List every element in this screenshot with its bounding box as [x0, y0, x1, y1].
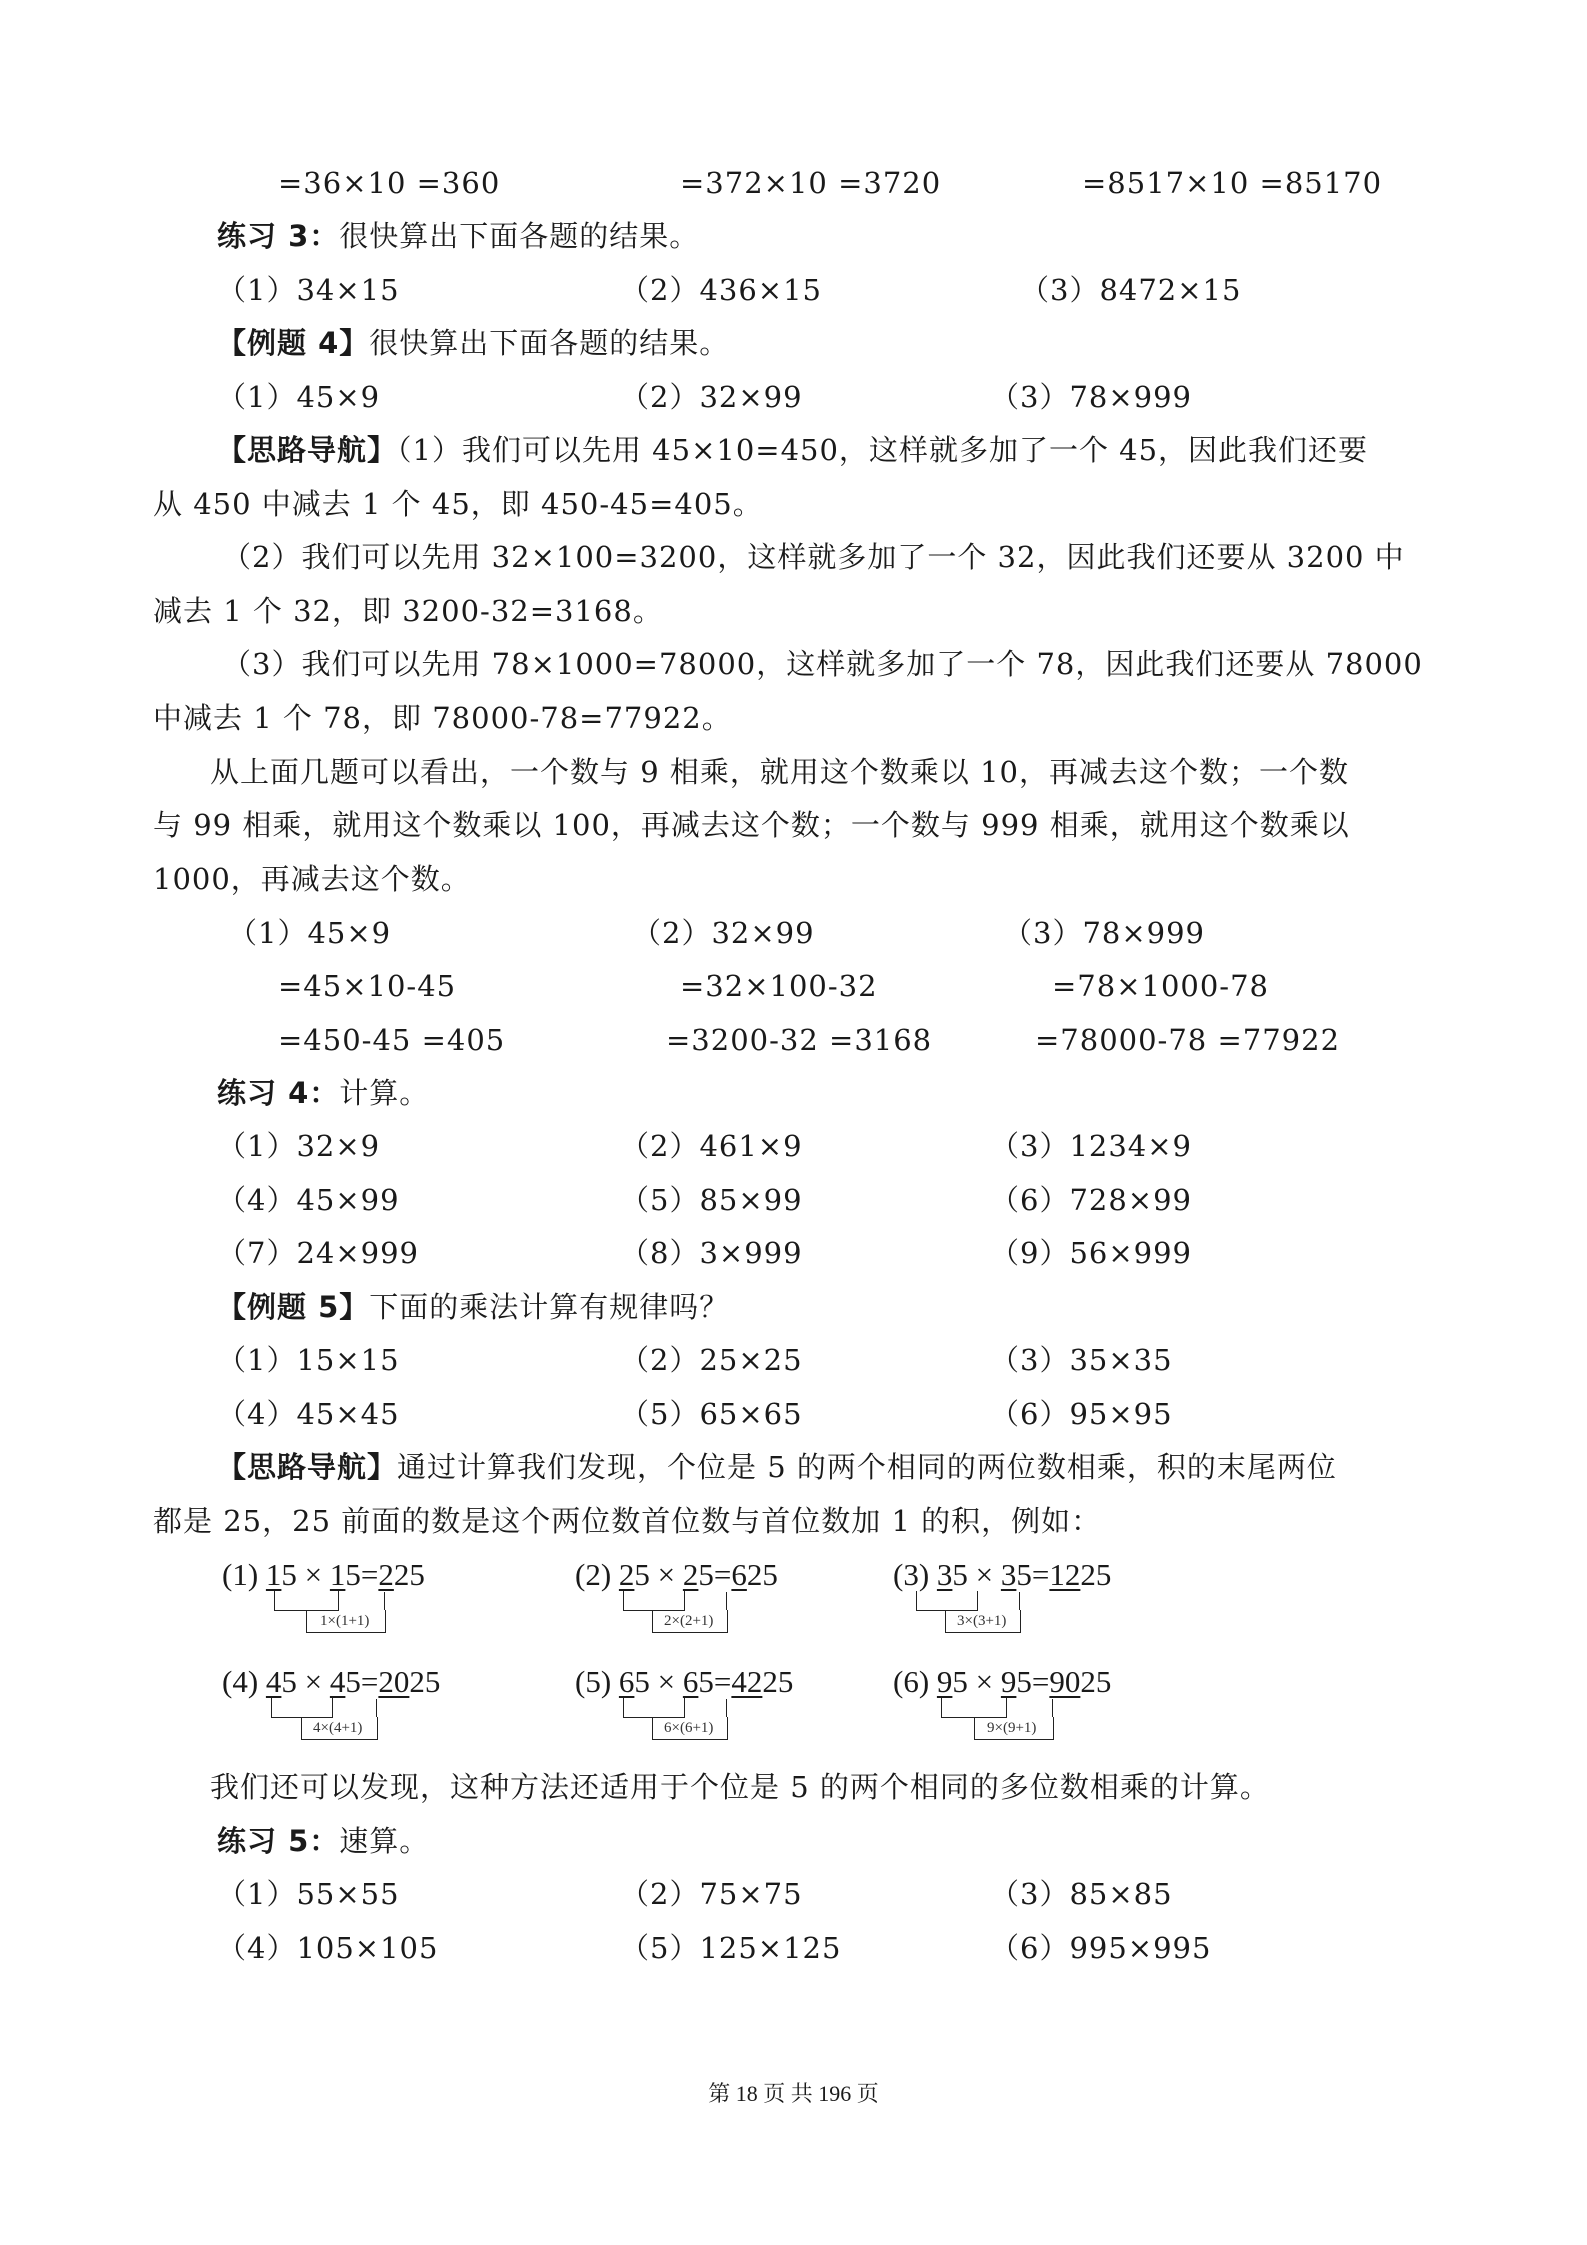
exercise5-item: （2）75×75 [620, 1874, 803, 1914]
diagram-equation-3: (3) 35 × 35=1225 [893, 1557, 1111, 1593]
example5-item: （2）25×25 [620, 1340, 803, 1380]
exercise3-prompt: 很快算出下面各题的结果。 [339, 219, 699, 253]
example4-prompt: 很快算出下面各题的结果。 [369, 326, 729, 360]
example4-hint-line: 【思路导航】（1）我们可以先用 45×10=450，这样就多加了一个 45，因此… [217, 430, 1368, 470]
example5-prompt: 下面的乘法计算有规律吗？ [369, 1290, 729, 1324]
bracket-riser [1019, 1592, 1020, 1610]
exercise4-item: （5）85×99 [620, 1180, 803, 1220]
bracket-connector [623, 1698, 685, 1718]
diagram-label-3: 3×(3+1) [957, 1612, 1006, 1630]
exercise4-item: （6）728×99 [990, 1180, 1192, 1220]
diagram-label-1: 1×(1+1) [320, 1612, 369, 1630]
bracket-riser [376, 1699, 377, 1717]
exercise4-item: （2）461×9 [620, 1126, 803, 1166]
exercise4-item: （4）45×99 [217, 1180, 400, 1220]
exercise3-item: （1）34×15 [217, 270, 400, 310]
diagram-equation-6: (6) 95 × 95=9025 [893, 1664, 1111, 1700]
solution-step: =450-45 =405 [278, 1020, 505, 1060]
bracket-riser [1052, 1699, 1053, 1717]
bracket-connector [274, 1591, 339, 1611]
top-result-1: =36×10 =360 [278, 163, 500, 203]
diagram-equation-2: (2) 25 × 25=625 [575, 1557, 778, 1593]
exercise4-prompt: 计算。 [339, 1076, 429, 1110]
solution-question: （2）32×99 [632, 913, 815, 953]
top-result-3: =8517×10 =85170 [1082, 163, 1382, 203]
exercise3-item: （3）8472×15 [1020, 270, 1241, 310]
example4-hint-line: 中减去 1 个 78，即 78000-78=77922。 [153, 698, 732, 738]
exercise4-item: （9）56×999 [990, 1233, 1192, 1273]
example4-hint-line: （3）我们可以先用 78×1000=78000，这样就多加了一个 78，因此我们… [222, 644, 1423, 684]
solution-step: =78000-78 =77922 [1035, 1020, 1340, 1060]
exercise4-item: （1）32×9 [217, 1126, 380, 1166]
hint-text: 通过计算我们发现，个位是 5 的两个相同的两位数相乘，积的末尾两位 [397, 1450, 1337, 1484]
solution-step: =78×1000-78 [1052, 966, 1269, 1006]
example4-item: （2）32×99 [620, 377, 803, 417]
example4-hint-title: 【思路导航】 [217, 433, 397, 467]
example4-heading: 【例题 4】很快算出下面各题的结果。 [217, 323, 729, 363]
exercise5-item: （6）995×995 [990, 1928, 1211, 1968]
bracket-riser [726, 1592, 727, 1610]
exercise5-heading: 练习 5：速算。 [217, 1821, 429, 1861]
exercise3-title: 练习 3： [217, 219, 339, 253]
exercise4-heading: 练习 4：计算。 [217, 1073, 429, 1113]
top-result-2: =372×10 =3720 [680, 163, 941, 203]
example4-summary-line: 与 99 相乘，就用这个数乘以 100，再减去这个数；一个数与 999 相乘，就… [153, 805, 1350, 845]
diagram-equation-5: (5) 65 × 65=4225 [575, 1664, 793, 1700]
bracket-connector [941, 1698, 1007, 1718]
exercise4-item: （8）3×999 [620, 1233, 803, 1273]
exercise3-item: （2）436×15 [620, 270, 822, 310]
example5-heading: 【例题 5】下面的乘法计算有规律吗？ [217, 1287, 729, 1327]
example5-title: 【例题 5】 [217, 1290, 369, 1324]
exercise5-item: （4）105×105 [217, 1928, 438, 1968]
bracket-connector [623, 1591, 685, 1611]
diagram-label-2: 2×(2+1) [664, 1612, 713, 1630]
example5-item: （3）35×35 [990, 1340, 1173, 1380]
diagram-label-6: 9×(9+1) [987, 1719, 1036, 1737]
example4-hint-line: 从 450 中减去 1 个 45，即 450-45=405。 [153, 484, 763, 524]
diagram-label-5: 6×(6+1) [664, 1719, 713, 1737]
example5-item: （4）45×45 [217, 1394, 400, 1434]
example4-summary-line: 从上面几题可以看出，一个数与 9 相乘，就用这个数乘以 10，再减去这个数；一个… [210, 752, 1349, 792]
exercise4-item: （7）24×999 [217, 1233, 419, 1273]
example4-title: 【例题 4】 [217, 326, 369, 360]
exercise5-title: 练习 5： [217, 1824, 339, 1858]
bracket-riser [726, 1699, 727, 1717]
solution-question: （1）45×9 [228, 913, 391, 953]
exercise5-item: （3）85×85 [990, 1874, 1173, 1914]
example5-hint-line: 都是 25，25 前面的数是这个两位数首位数与首位数加 1 的积，例如： [153, 1501, 1101, 1541]
example5-conclusion: 我们还可以发现，这种方法还适用于个位是 5 的两个相同的多位数相乘的计算。 [210, 1767, 1270, 1807]
diagram-equation-1: (1) 15 × 15=225 [222, 1557, 425, 1593]
exercise5-item: （5）125×125 [620, 1928, 841, 1968]
bracket-connector [271, 1698, 333, 1718]
exercise4-title: 练习 4： [217, 1076, 339, 1110]
example4-item: （3）78×999 [990, 377, 1192, 417]
example5-item: （1）15×15 [217, 1340, 400, 1380]
exercise5-prompt: 速算。 [339, 1824, 429, 1858]
bracket-connector [916, 1591, 978, 1611]
solution-question: （3）78×999 [1003, 913, 1205, 953]
bracket-riser [384, 1592, 385, 1610]
exercise3-heading: 练习 3：很快算出下面各题的结果。 [217, 216, 699, 256]
exercise4-item: （3）1234×9 [990, 1126, 1192, 1166]
example5-hint-line: 【思路导航】通过计算我们发现，个位是 5 的两个相同的两位数相乘，积的末尾两位 [217, 1447, 1337, 1487]
hint-text: （1）我们可以先用 45×10=450，这样就多加了一个 45，因此我们还要 [397, 433, 1368, 467]
example4-hint-line: 减去 1 个 32，即 3200-32=3168。 [153, 591, 663, 631]
example5-item: （6）95×95 [990, 1394, 1173, 1434]
example5-item: （5）65×65 [620, 1394, 803, 1434]
example4-item: （1）45×9 [217, 377, 380, 417]
solution-step: =32×100-32 [680, 966, 878, 1006]
example4-summary-line: 1000，再减去这个数。 [153, 859, 471, 899]
exercise5-item: （1）55×55 [217, 1874, 400, 1914]
solution-step: =45×10-45 [278, 966, 456, 1006]
solution-step: =3200-32 =3168 [666, 1020, 932, 1060]
example4-hint-line: （2）我们可以先用 32×100=3200，这样就多加了一个 32，因此我们还要… [222, 537, 1405, 577]
diagram-equation-4: (4) 45 × 45=2025 [222, 1664, 440, 1700]
diagram-label-4: 4×(4+1) [313, 1719, 362, 1737]
page-footer: 第 18 页 共 196 页 [0, 2077, 1587, 2108]
example5-hint-title: 【思路导航】 [217, 1450, 397, 1484]
